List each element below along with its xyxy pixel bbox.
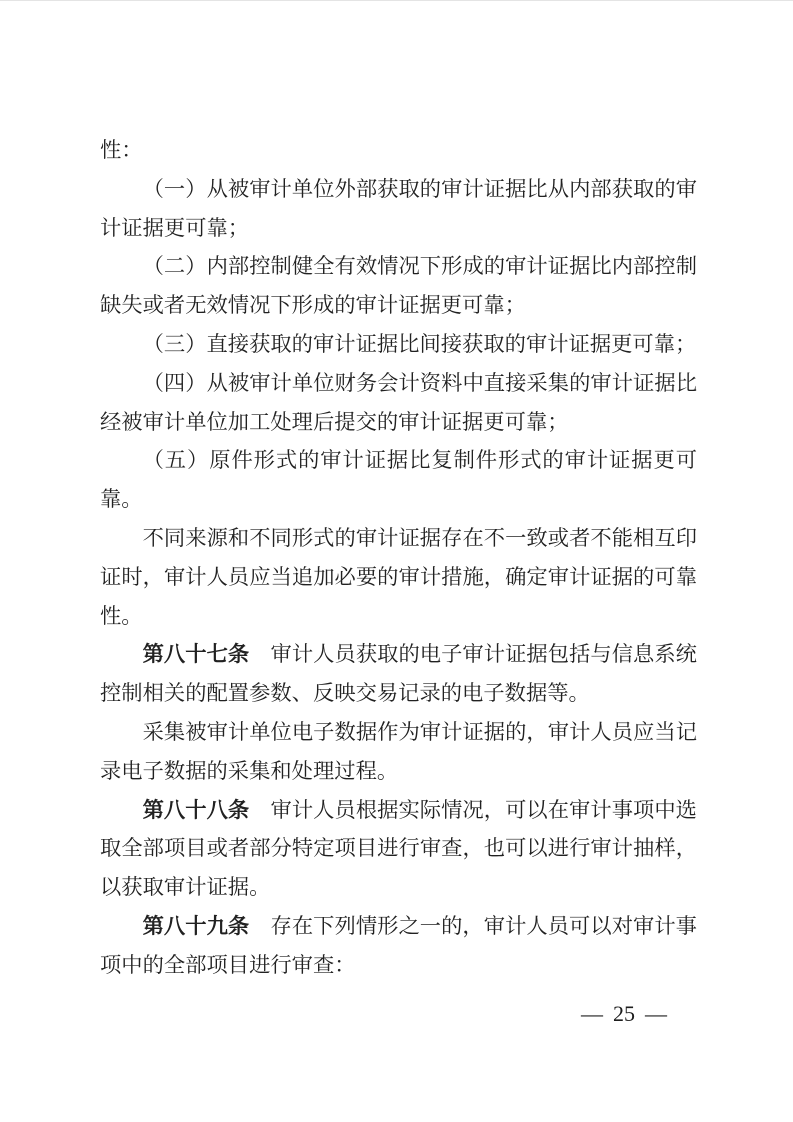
paragraph: （四）从被审计单位财务会计资料中直接采集的审计证据比经被审计单位加工处理后提交的…: [100, 364, 697, 442]
paragraph: 第八十八条审计人员根据实际情况，可以在审计事项中选取全部项目或者部分特定项目进行…: [100, 791, 697, 907]
paragraph: （二）内部控制健全有效情况下形成的审计证据比内部控制缺失或者无效情况下形成的审计…: [100, 247, 697, 325]
document-body: 性：（一）从被审计单位外部获取的审计证据比从内部获取的审计证据更可靠；（二）内部…: [100, 131, 697, 985]
paragraph: 第八十九条存在下列情形之一的，审计人员可以对审计事项中的全部项目进行审查：: [100, 907, 697, 985]
paragraph: 第八十七条审计人员获取的电子审计证据包括与信息系统控制相关的配置参数、反映交易记…: [100, 635, 697, 713]
paragraph-text: （一）从被审计单位外部获取的审计证据比从内部获取的审计证据更可靠；: [100, 177, 697, 240]
scan-edge-artifact: [0, 0, 793, 1]
page-number-value: 25: [613, 1001, 635, 1026]
paragraph: （五）原件形式的审计证据比复制件形式的审计证据更可靠。: [100, 441, 697, 519]
paragraph-text: 采集被审计单位电子数据作为审计证据的，审计人员应当记录电子数据的采集和处理过程。: [100, 720, 697, 783]
paragraph-text: （五）原件形式的审计证据比复制件形式的审计证据更可靠。: [100, 448, 697, 511]
page-number-left-dash: —: [581, 1001, 603, 1026]
paragraph: 不同来源和不同形式的审计证据存在不一致或者不能相互印证时，审计人员应当追加必要的…: [100, 519, 697, 635]
article-number: 第八十七条: [143, 642, 250, 666]
paragraph-text: （三）直接获取的审计证据比间接获取的审计证据更可靠；: [143, 332, 697, 356]
article-number: 第八十八条: [143, 798, 250, 822]
paragraph-text: 性：: [100, 138, 143, 162]
paragraph-text: 不同来源和不同形式的审计证据存在不一致或者不能相互印证时，审计人员应当追加必要的…: [100, 526, 697, 628]
document-page: 性：（一）从被审计单位外部获取的审计证据比从内部获取的审计证据更可靠；（二）内部…: [0, 0, 793, 1122]
paragraph: （一）从被审计单位外部获取的审计证据比从内部获取的审计证据更可靠；: [100, 170, 697, 248]
paragraph-text: （二）内部控制健全有效情况下形成的审计证据比内部控制缺失或者无效情况下形成的审计…: [100, 254, 697, 317]
paragraph: （三）直接获取的审计证据比间接获取的审计证据更可靠；: [100, 325, 697, 364]
paragraph: 采集被审计单位电子数据作为审计证据的，审计人员应当记录电子数据的采集和处理过程。: [100, 713, 697, 791]
article-number: 第八十九条: [143, 914, 250, 938]
page-number: —25—: [581, 1001, 667, 1027]
paragraph-text: （四）从被审计单位财务会计资料中直接采集的审计证据比经被审计单位加工处理后提交的…: [100, 371, 697, 434]
paragraph: 性：: [100, 131, 697, 170]
page-number-right-dash: —: [645, 1001, 667, 1026]
